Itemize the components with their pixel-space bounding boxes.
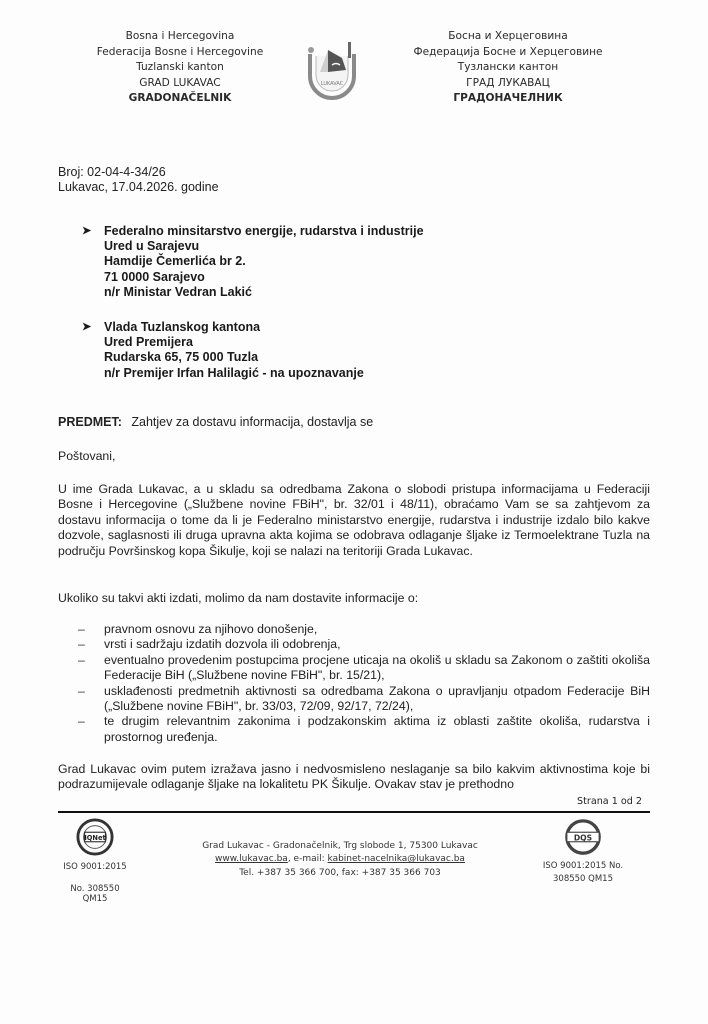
- list-item: te drugim relevantnim zakonima i podzako…: [78, 714, 650, 745]
- svg-text:IQNet: IQNet: [84, 834, 106, 842]
- place-date: Lukavac, 17.04.2026. godine: [58, 180, 219, 195]
- document-meta: Broj: 02-04-4-34/26 Lukavac, 17.04.2026.…: [58, 165, 219, 195]
- body-paragraph: U ime Grada Lukavac, a u skladu sa odred…: [58, 482, 650, 559]
- recipient-line: Federalno minsitarstvo energije, rudarst…: [104, 224, 424, 239]
- recipient-line: Vlada Tuzlanskog kantona: [104, 320, 364, 335]
- body-paragraph: Grad Lukavac ovim putem izražava jasno i…: [58, 762, 650, 793]
- svg-text:DQS: DQS: [574, 833, 592, 842]
- recipient-ministry: ➤ Federalno minsitarstvo energije, rudar…: [82, 224, 424, 300]
- subject-label: PREDMET:: [58, 415, 122, 429]
- subject-text: Zahtjev za dostavu informacija, dostavlj…: [131, 415, 373, 429]
- certification-left: IQNet ISO 9001:2015 No. 308550 QM15: [58, 818, 132, 904]
- letterhead-line: GRAD LUKAVAC: [60, 76, 300, 92]
- recipient-line: Hamdije Čemerlića br 2.: [104, 254, 424, 269]
- email-prefix: , e-mail:: [288, 854, 328, 864]
- recipient-canton-government: ➤ Vlada Tuzlanskog kantona Ured Premijer…: [82, 320, 364, 381]
- footer-phones: Tel. +387 35 366 700, fax: +387 35 366 7…: [180, 867, 500, 880]
- recipient-line: n/r Ministar Vedran Lakić: [104, 285, 424, 300]
- greeting: Poštovani,: [58, 449, 650, 464]
- recipient-line: Ured Premijera: [104, 335, 364, 350]
- email-link[interactable]: kabinet-nacelnika@lukavac.ba: [328, 854, 465, 864]
- recipient-line: 71 0000 Sarajevo: [104, 270, 424, 285]
- letterhead-line: Федерација Босне и Херцеговине: [388, 45, 628, 61]
- recipient-line: Rudarska 65, 75 000 Tuzla: [104, 350, 364, 365]
- list-item: vrsti i sadržaju izdatih dozvola ili odo…: [78, 637, 650, 652]
- list-item: pravnom osnovu za njihovo donošenje,: [78, 622, 650, 637]
- subject-line: PREDMET: Zahtjev za dostavu informacija,…: [58, 415, 373, 429]
- footer-address: Grad Lukavac - Gradonačelnik, Trg slobod…: [180, 840, 500, 853]
- body-paragraph: Ukoliko su takvi akti izdati, molimo da …: [58, 591, 650, 606]
- letterhead-office: GRADONAČELNIK: [60, 91, 300, 107]
- iqnet-certification-icon: IQNet: [76, 818, 114, 856]
- letterhead-office: ГРАДОНАЧЕЛНИК: [388, 91, 628, 107]
- arrowhead-bullet-icon: ➤: [82, 224, 91, 239]
- letterhead-line: Босна и Херцеговина: [388, 29, 628, 45]
- letterhead-line: Bosna i Hercegovina: [60, 29, 300, 45]
- letterhead-line: Тузлански кантон: [388, 60, 628, 76]
- letterhead-line: ГРАД ЛУКАВАЦ: [388, 76, 628, 92]
- letterhead-latin: Bosna i Hercegovina Federacija Bosne i H…: [60, 29, 300, 107]
- list-item: usklađenosti predmetnih aktivnosti sa od…: [78, 684, 650, 715]
- letterhead-line: Tuzlanski kanton: [60, 60, 300, 76]
- footer-divider: [58, 811, 650, 813]
- certificate-number: 308550 QM15: [533, 873, 633, 886]
- iso-standard: ISO 9001:2015 No.: [533, 860, 633, 873]
- recipient-line: n/r Premijer Irfan Halilagić - na upozna…: [104, 366, 364, 381]
- list-item: eventualno provedenim postupcima procjen…: [78, 653, 650, 684]
- footer-contact: Grad Lukavac - Gradonačelnik, Trg slobod…: [180, 840, 500, 880]
- requested-information-list: pravnom osnovu za njihovo donošenje, vrs…: [78, 622, 650, 745]
- iso-standard: ISO 9001:2015: [58, 862, 132, 872]
- letterhead-cyrillic: Босна и Херцеговина Федерација Босне и Х…: [388, 29, 628, 107]
- svg-text:LUKAVAC: LUKAVAC: [321, 81, 344, 87]
- letterhead-line: Federacija Bosne i Hercegovine: [60, 45, 300, 61]
- page-indicator: Strana 1 od 2: [577, 796, 642, 807]
- website-link[interactable]: www.lukavac.ba: [215, 854, 288, 864]
- lukavac-coat-of-arms-icon: LUKAVAC: [302, 38, 362, 100]
- dqs-certification-icon: DQS: [564, 818, 602, 856]
- reference-number: Broj: 02-04-4-34/26: [58, 165, 219, 180]
- arrowhead-bullet-icon: ➤: [82, 320, 91, 335]
- letter-page: Bosna i Hercegovina Federacija Bosne i H…: [0, 0, 708, 1024]
- recipient-line: Ured u Sarajevu: [104, 239, 424, 254]
- certificate-number: No. 308550 QM15: [58, 884, 132, 904]
- certification-right: DQS ISO 9001:2015 No. 308550 QM15: [533, 818, 633, 886]
